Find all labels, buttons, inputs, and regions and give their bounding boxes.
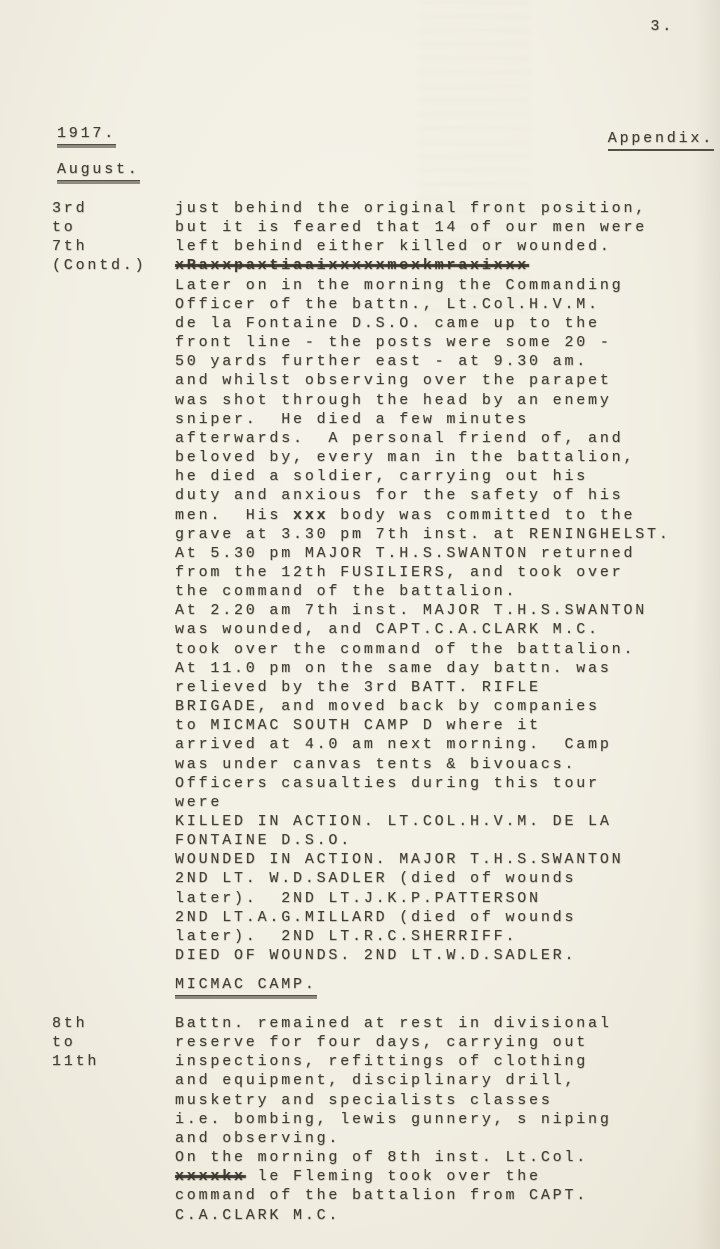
text-line: xRaxxpaxtiaaixxxxxmexkmraxixxx — [175, 256, 671, 275]
text-line: he died a soldier, carrying out his — [175, 467, 671, 486]
date-line: 7th — [52, 237, 146, 256]
text-segment: inspections, refittings of clothing — [175, 1053, 588, 1070]
text-segment: command of the battalion from CAPT. — [175, 1187, 588, 1204]
text-segment: i.e. bombing, lewis gunnery, s niping — [175, 1111, 612, 1128]
text-segment: At 2.20 am 7th inst. MAJOR T.H.S.SWANTON — [175, 602, 647, 619]
text-line: front line - the posts were some 20 - — [175, 333, 671, 352]
text-segment: le Fleming took over the — [246, 1168, 541, 1185]
text-segment: Officers casualties during this tour — [175, 775, 600, 792]
text-line: and equipment, disciplinary drill, — [175, 1071, 612, 1090]
text-line: but it is feared that 14 of our men were — [175, 218, 671, 237]
text-segment: front line - the posts were some 20 - — [175, 334, 612, 351]
date-line: to — [52, 1033, 99, 1052]
text-segment: just behind the original front position, — [175, 200, 647, 217]
text-segment: On the morning of 8th inst. Lt.Col. — [175, 1149, 588, 1166]
text-line: later). 2ND LT.R.C.SHERRIFF. — [175, 927, 671, 946]
text-segment: arrived at 4.0 am next morning. Camp — [175, 736, 612, 753]
entry-heading: MICMAC CAMP. — [175, 975, 317, 996]
text-line: from the 12th FUSILIERS, and took over — [175, 563, 671, 582]
text-segment: to MICMAC SOUTH CAMP D where it — [175, 717, 541, 734]
text-segment: 50 yards further east - at 9.30 am. — [175, 353, 588, 370]
text-line: beloved by, every man in the battalion, — [175, 448, 671, 467]
text-segment: FONTAINE D.S.O. — [175, 832, 352, 849]
text-line: to MICMAC SOUTH CAMP D where it — [175, 716, 671, 735]
text-segment: WOUNDED IN ACTION. MAJOR T.H.S.SWANTON — [175, 851, 623, 868]
text-line: was wounded, and CAPT.C.A.CLARK M.C. — [175, 620, 671, 639]
text-segment: later). 2ND LT.J.K.P.PATTERSON — [175, 890, 541, 907]
month-heading: August. — [57, 160, 140, 181]
text-segment: At 5.30 pm MAJOR T.H.S.SWANTON returned — [175, 545, 635, 562]
text-segment: Officer of the battn., Lt.Col.H.V.M. — [175, 296, 600, 313]
text-segment: KILLED IN ACTION. LT.COL.H.V.M. DE LA — [175, 813, 612, 830]
text-segment: At 11.0 pm on the same day battn. was — [175, 660, 612, 677]
entry-heading-text: MICMAC CAMP. — [175, 975, 317, 996]
text-segment: left behind either killed or wounded. — [175, 238, 612, 255]
date-line: to — [52, 218, 146, 237]
struck-out-text: xRaxxpaxtiaaixxxxxmexkmraxixxx — [175, 257, 529, 274]
text-segment: he died a soldier, carrying out his — [175, 468, 588, 485]
text-line: C.A.CLARK M.C. — [175, 1206, 612, 1225]
text-line: xxxxkx le Fleming took over the — [175, 1167, 612, 1186]
text-line: Battn. remained at rest in divisional — [175, 1014, 612, 1033]
text-segment: took over the command of the battalion. — [175, 641, 635, 658]
text-line: just behind the original front position, — [175, 199, 671, 218]
year-heading-text: 1917. — [57, 124, 116, 145]
text-segment: sniper. He died a few minutes — [175, 411, 529, 428]
text-line: i.e. bombing, lewis gunnery, s niping — [175, 1110, 612, 1129]
text-segment: C.A.CLARK M.C. — [175, 1207, 340, 1224]
text-line: BRIGADE, and moved back by companies — [175, 697, 671, 716]
text-segment: but it is feared that 14 of our men were — [175, 219, 647, 236]
text-line: On the morning of 8th inst. Lt.Col. — [175, 1148, 612, 1167]
text-segment: later). 2ND LT.R.C.SHERRIFF. — [175, 928, 517, 945]
text-segment: afterwards. A personal friend of, and — [175, 430, 623, 447]
appendix-heading: Appendix. — [608, 129, 714, 151]
page-edge-shading — [694, 0, 720, 1249]
text-segment: was shot through the head by an enemy — [175, 392, 612, 409]
text-line: was under canvas tents & bivouacs. — [175, 755, 671, 774]
text-line: DIED OF WOUNDS. 2ND LT.W.D.SADLER. — [175, 946, 671, 965]
text-segment: BRIGADE, and moved back by companies — [175, 698, 600, 715]
text-segment: de la Fontaine D.S.O. came up to the — [175, 315, 600, 332]
text-segment: reserve for four days, carrying out — [175, 1034, 588, 1051]
date-line: 11th — [52, 1052, 99, 1071]
text-segment: were — [175, 794, 222, 811]
entry-date-range: 8thto11th — [52, 1014, 99, 1071]
text-segment: and equipment, disciplinary drill, — [175, 1072, 576, 1089]
text-segment: relieved by the 3rd BATT. RIFLE — [175, 679, 541, 696]
text-line: arrived at 4.0 am next morning. Camp — [175, 735, 671, 754]
text-line: Later on in the morning the Commanding — [175, 276, 671, 295]
text-line: 2ND LT.A.G.MILLARD (died of wounds — [175, 908, 671, 927]
text-line: 2ND LT. W.D.SADLER (died of wounds — [175, 869, 671, 888]
text-line: duty and anxious for the safety of his — [175, 486, 671, 505]
text-segment: was under canvas tents & bivouacs. — [175, 756, 576, 773]
text-segment: 2ND LT. W.D.SADLER (died of wounds — [175, 870, 576, 887]
text-line: relieved by the 3rd BATT. RIFLE — [175, 678, 671, 697]
text-line: command of the battalion from CAPT. — [175, 1186, 612, 1205]
text-line: afterwards. A personal friend of, and — [175, 429, 671, 448]
text-line: musketry and specialists classes — [175, 1091, 612, 1110]
text-segment: from the 12th FUSILIERS, and took over — [175, 564, 623, 581]
text-segment: body was committed to the — [328, 507, 635, 524]
text-line: and observing. — [175, 1129, 612, 1148]
date-line: 3rd — [52, 199, 146, 218]
text-segment: was wounded, and CAPT.C.A.CLARK M.C. — [175, 621, 600, 638]
text-line: WOUNDED IN ACTION. MAJOR T.H.S.SWANTON — [175, 850, 671, 869]
entry-date-range: 3rdto7th(Contd.) — [52, 199, 146, 276]
year-heading: 1917. — [57, 124, 116, 145]
text-line: took over the command of the battalion. — [175, 640, 671, 659]
text-segment: 2ND LT.A.G.MILLARD (died of wounds — [175, 909, 576, 926]
text-line: grave at 3.30 pm 7th inst. at RENINGHELS… — [175, 525, 671, 544]
text-line: 50 yards further east - at 9.30 am. — [175, 352, 671, 371]
text-segment: musketry and specialists classes — [175, 1092, 553, 1109]
text-line: KILLED IN ACTION. LT.COL.H.V.M. DE LA — [175, 812, 671, 831]
text-line: Officers casualties during this tour — [175, 774, 671, 793]
text-line: later). 2ND LT.J.K.P.PATTERSON — [175, 889, 671, 908]
text-line: de la Fontaine D.S.O. came up to the — [175, 314, 671, 333]
text-segment: Later on in the morning the Commanding — [175, 277, 623, 294]
date-line: 8th — [52, 1014, 99, 1033]
text-line: was shot through the head by an enemy — [175, 391, 671, 410]
page-number: 3. — [650, 17, 674, 36]
overtyped-text: xxx — [293, 507, 328, 524]
entry-body: just behind the original front position,… — [175, 199, 671, 965]
text-line: At 11.0 pm on the same day battn. was — [175, 659, 671, 678]
text-segment: the command of the battalion. — [175, 583, 517, 600]
text-segment: and whilst observing over the parapet — [175, 372, 612, 389]
text-segment: and observing. — [175, 1130, 340, 1147]
text-segment: grave at 3.30 pm 7th inst. at RENINGHELS… — [175, 526, 671, 543]
struck-out-text: xxxxkx — [175, 1168, 246, 1185]
text-line: inspections, refittings of clothing — [175, 1052, 612, 1071]
entry-body: Battn. remained at rest in divisionalres… — [175, 1014, 612, 1225]
text-line: were — [175, 793, 671, 812]
text-line: At 2.20 am 7th inst. MAJOR T.H.S.SWANTON — [175, 601, 671, 620]
text-line: left behind either killed or wounded. — [175, 237, 671, 256]
text-line: FONTAINE D.S.O. — [175, 831, 671, 850]
document-page: 3. 1917. Appendix. August. 3rdto7th(Cont… — [0, 0, 720, 1249]
text-segment: DIED OF WOUNDS. 2ND LT.W.D.SADLER. — [175, 947, 576, 964]
text-segment: men. His — [175, 507, 293, 524]
text-segment: beloved by, every man in the battalion, — [175, 449, 635, 466]
date-line: (Contd.) — [52, 256, 146, 275]
appendix-heading-text: Appendix. — [608, 129, 714, 151]
text-segment: duty and anxious for the safety of his — [175, 487, 623, 504]
text-line: and whilst observing over the parapet — [175, 371, 671, 390]
month-heading-text: August. — [57, 160, 140, 181]
text-line: sniper. He died a few minutes — [175, 410, 671, 429]
text-line: reserve for four days, carrying out — [175, 1033, 612, 1052]
text-line: men. His xxx body was committed to the — [175, 506, 671, 525]
text-line: the command of the battalion. — [175, 582, 671, 601]
text-line: At 5.30 pm MAJOR T.H.S.SWANTON returned — [175, 544, 671, 563]
text-segment: Battn. remained at rest in divisional — [175, 1015, 612, 1032]
text-line: Officer of the battn., Lt.Col.H.V.M. — [175, 295, 671, 314]
